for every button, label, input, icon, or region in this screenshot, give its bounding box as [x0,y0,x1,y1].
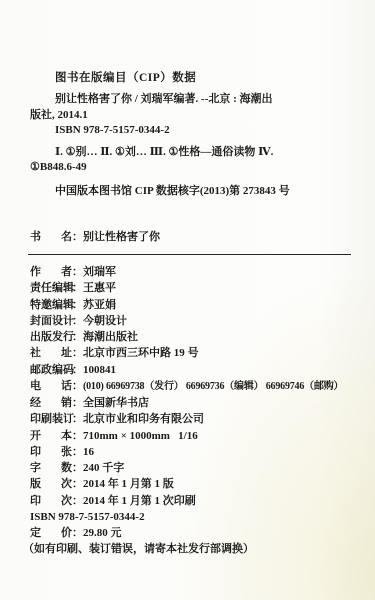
label-colon: ： [72,460,83,476]
label-colon: ： [72,411,83,427]
price-value: 29.80 元 [83,525,122,541]
info-row-cover-design: 封面设计：今朝设计 [30,313,349,329]
info-label: 邮政编码 [30,362,72,378]
info-value: 2014 年 1 月第 1 次印刷 [83,493,196,509]
info-value: 王惠平 [83,280,116,296]
label-colon: ： [72,297,83,313]
info-row-sheets: 印张：16 [30,444,349,460]
label-colon: ： [72,329,83,345]
info-value: 2014 年 1 月第 1 版 [83,476,174,492]
label-colon: ： [72,476,83,492]
price-label: 定价 [30,525,72,541]
info-row-printing: 印刷装订：北京市业和印务有限公司 [30,411,349,427]
label-colon: ： [72,280,83,296]
info-row-telephone: 电话：(010) 66969738（发行） 66969736（编辑） 66969… [30,378,349,395]
info-value: 海潮出版社 [83,329,138,345]
label-colon: ： [72,428,83,444]
info-value: 今朝设计 [83,313,127,329]
info-label: 出版发行 [30,329,72,345]
label-colon: ： [72,493,83,509]
info-value: (010) 66969738（发行） 66969736（编辑） 66969746… [83,379,343,395]
info-label: 印张 [30,444,72,460]
price-row: 定价：29.80 元 [30,525,349,541]
info-row-postal-code: 邮政编码：100841 [30,362,349,378]
info-value: 710mm × 1000mm 1/16 [83,428,198,444]
book-title-colon: ： [72,229,83,246]
label-colon: ： [72,525,83,541]
label-colon: ： [72,362,83,378]
divider-line [28,254,351,255]
info-row-publisher: 出版发行：海潮出版社 [30,329,349,345]
info-value: 240 千字 [83,460,124,476]
info-row-author: 作者：刘瑞军 [30,264,349,280]
info-row-edition: 版次：2014 年 1 月第 1 版 [30,476,349,492]
info-value: 全国新华书店 [83,395,149,411]
info-row-managing-editor: 责任编辑：王惠平 [30,280,349,296]
info-label: 印刷装订 [30,411,72,427]
info-value: 北京市业和印务有限公司 [83,411,204,427]
info-label: 印次 [30,493,72,509]
isbn-row: ISBN 978-7-5157-0344-2 [30,509,349,525]
info-value: 北京市西三环中路 19 号 [83,345,199,361]
book-title-label: 书名 [30,229,72,246]
label-colon: ： [72,444,83,460]
info-value: 16 [83,444,94,460]
cip-header: 图书在版编目（CIP）数据 [30,70,349,86]
info-row-impression: 印次：2014 年 1 月第 1 次印刷 [30,493,349,509]
cip-publication-line-1: 别让性格害了你 / 刘瑞军编著. --北京 : 海潮出 [30,92,349,108]
label-colon: ： [72,264,83,280]
footnote: （如有印刷、装订错误，请寄本社发行部调换） [23,541,349,557]
info-value: 刘瑞军 [83,264,116,280]
info-row-address: 社址：北京市西三环中路 19 号 [30,345,349,361]
info-row-format: 开本：710mm × 1000mm 1/16 [30,428,349,444]
info-label: 作者 [30,264,72,280]
label-colon: ： [72,378,83,394]
info-row-distribution: 经销：全国新华书店 [30,395,349,411]
info-label: 经销 [30,395,72,411]
book-title-value: 别让性格害了你 [83,229,160,246]
book-title-row: 书名：别让性格害了你 [30,229,349,246]
copyright-page: 图书在版编目（CIP）数据 别让性格害了你 / 刘瑞军编著. --北京 : 海潮… [0,0,375,600]
info-label: 封面设计 [30,313,72,329]
info-label: 责任编辑 [30,280,72,296]
info-label: 特邀编辑 [30,297,72,313]
info-row-invited-editor: 特邀编辑：苏亚娟 [30,297,349,313]
label-colon: ： [72,313,83,329]
cip-record-number: 中国版本图书馆 CIP 数据核字(2013)第 273843 号 [30,184,349,200]
info-label: 字数 [30,460,72,476]
cip-isbn-line: ISBN 978-7-5157-0344-2 [30,123,349,139]
label-colon: ： [72,345,83,361]
label-colon: ： [72,395,83,411]
info-label: 开本 [30,428,72,444]
cip-classification-line-1: Ⅰ. ①别… Ⅱ. ①刘… Ⅲ. ①性格—通俗读物 Ⅳ. [30,145,349,161]
cip-classification-line-2: ①B848.6-49 [30,160,349,176]
cip-publication-line-2: 版社, 2014.1 [30,108,349,124]
info-value: 100841 [83,362,116,378]
info-value: 苏亚娟 [83,297,116,313]
info-label: 版次 [30,476,72,492]
info-label: 电话 [30,378,72,394]
info-label: 社址 [30,345,72,361]
info-row-word-count: 字数：240 千字 [30,460,349,476]
